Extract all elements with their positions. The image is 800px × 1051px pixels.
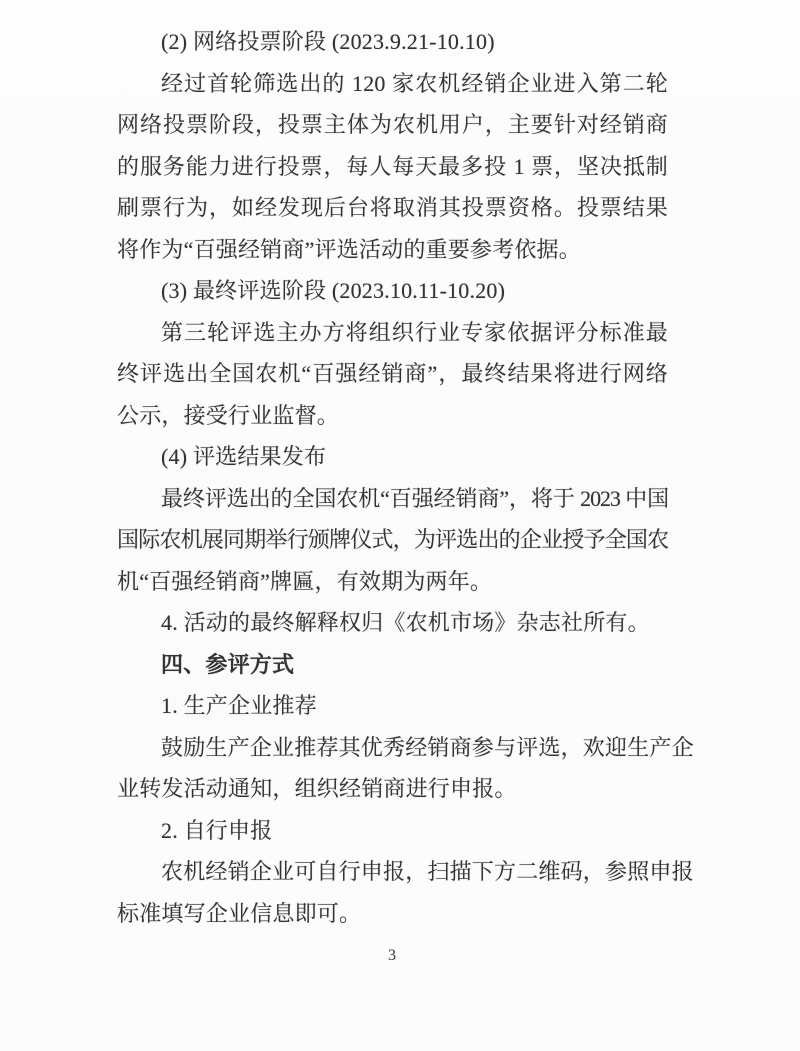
- document-line: 2. 自行申报: [117, 810, 668, 852]
- document-line: 鼓励生产企业推荐其优秀经销商参与评选，欢迎生产企: [117, 727, 668, 769]
- document-line: 第三轮评选主办方将组织行业专家依据评分标准最: [117, 312, 668, 354]
- document-line: 将作为“百强经销商”评选活动的重要参考依据。: [117, 229, 668, 271]
- document-line: 四、参评方式: [117, 644, 668, 686]
- document-line: 4. 活动的最终解释权归《农机市场》杂志社所有。: [117, 602, 668, 644]
- document-line: 公示，接受行业监督。: [117, 395, 668, 437]
- document-line: (4) 评选结果发布: [117, 436, 668, 478]
- document-line: 网络投票阶段，投票主体为农机用户，主要针对经销商: [117, 104, 668, 146]
- document-line: 标准填写企业信息即可。: [117, 893, 668, 935]
- document-text-block: (2) 网络投票阶段 (2023.9.21-10.10)经过首轮筛选出的 120…: [117, 21, 668, 934]
- document-line: 刷票行为，如经发现后台将取消其投票资格。投票结果: [117, 187, 668, 229]
- document-line: 最终评选出的全国农机“百强经销商”，将于 2023 中国: [117, 478, 668, 520]
- page-number: 3: [0, 944, 784, 968]
- document-line: (2) 网络投票阶段 (2023.9.21-10.10): [117, 21, 668, 63]
- document-line: 1. 生产企业推荐: [117, 685, 668, 727]
- document-line: 农机经销企业可自行申报，扫描下方二维码，参照申报: [117, 851, 668, 893]
- document-line: 经过首轮筛选出的 120 家农机经销企业进入第二轮: [117, 63, 668, 105]
- document-line: 的服务能力进行投票，每人每天最多投 1 票，坚决抵制: [117, 146, 668, 188]
- document-line: (3) 最终评选阶段 (2023.10.11-10.20): [117, 270, 668, 312]
- scanned-document-page: (2) 网络投票阶段 (2023.9.21-10.10)经过首轮筛选出的 120…: [0, 0, 800, 1051]
- document-line: 业转发活动通知，组织经销商进行申报。: [117, 768, 668, 810]
- document-line: 国际农机展同期举行颁牌仪式，为评选出的企业授予全国农: [117, 519, 668, 561]
- document-line: 机“百强经销商”牌匾，有效期为两年。: [117, 561, 668, 603]
- document-line: 终评选出全国农机“百强经销商”，最终结果将进行网络: [117, 353, 668, 395]
